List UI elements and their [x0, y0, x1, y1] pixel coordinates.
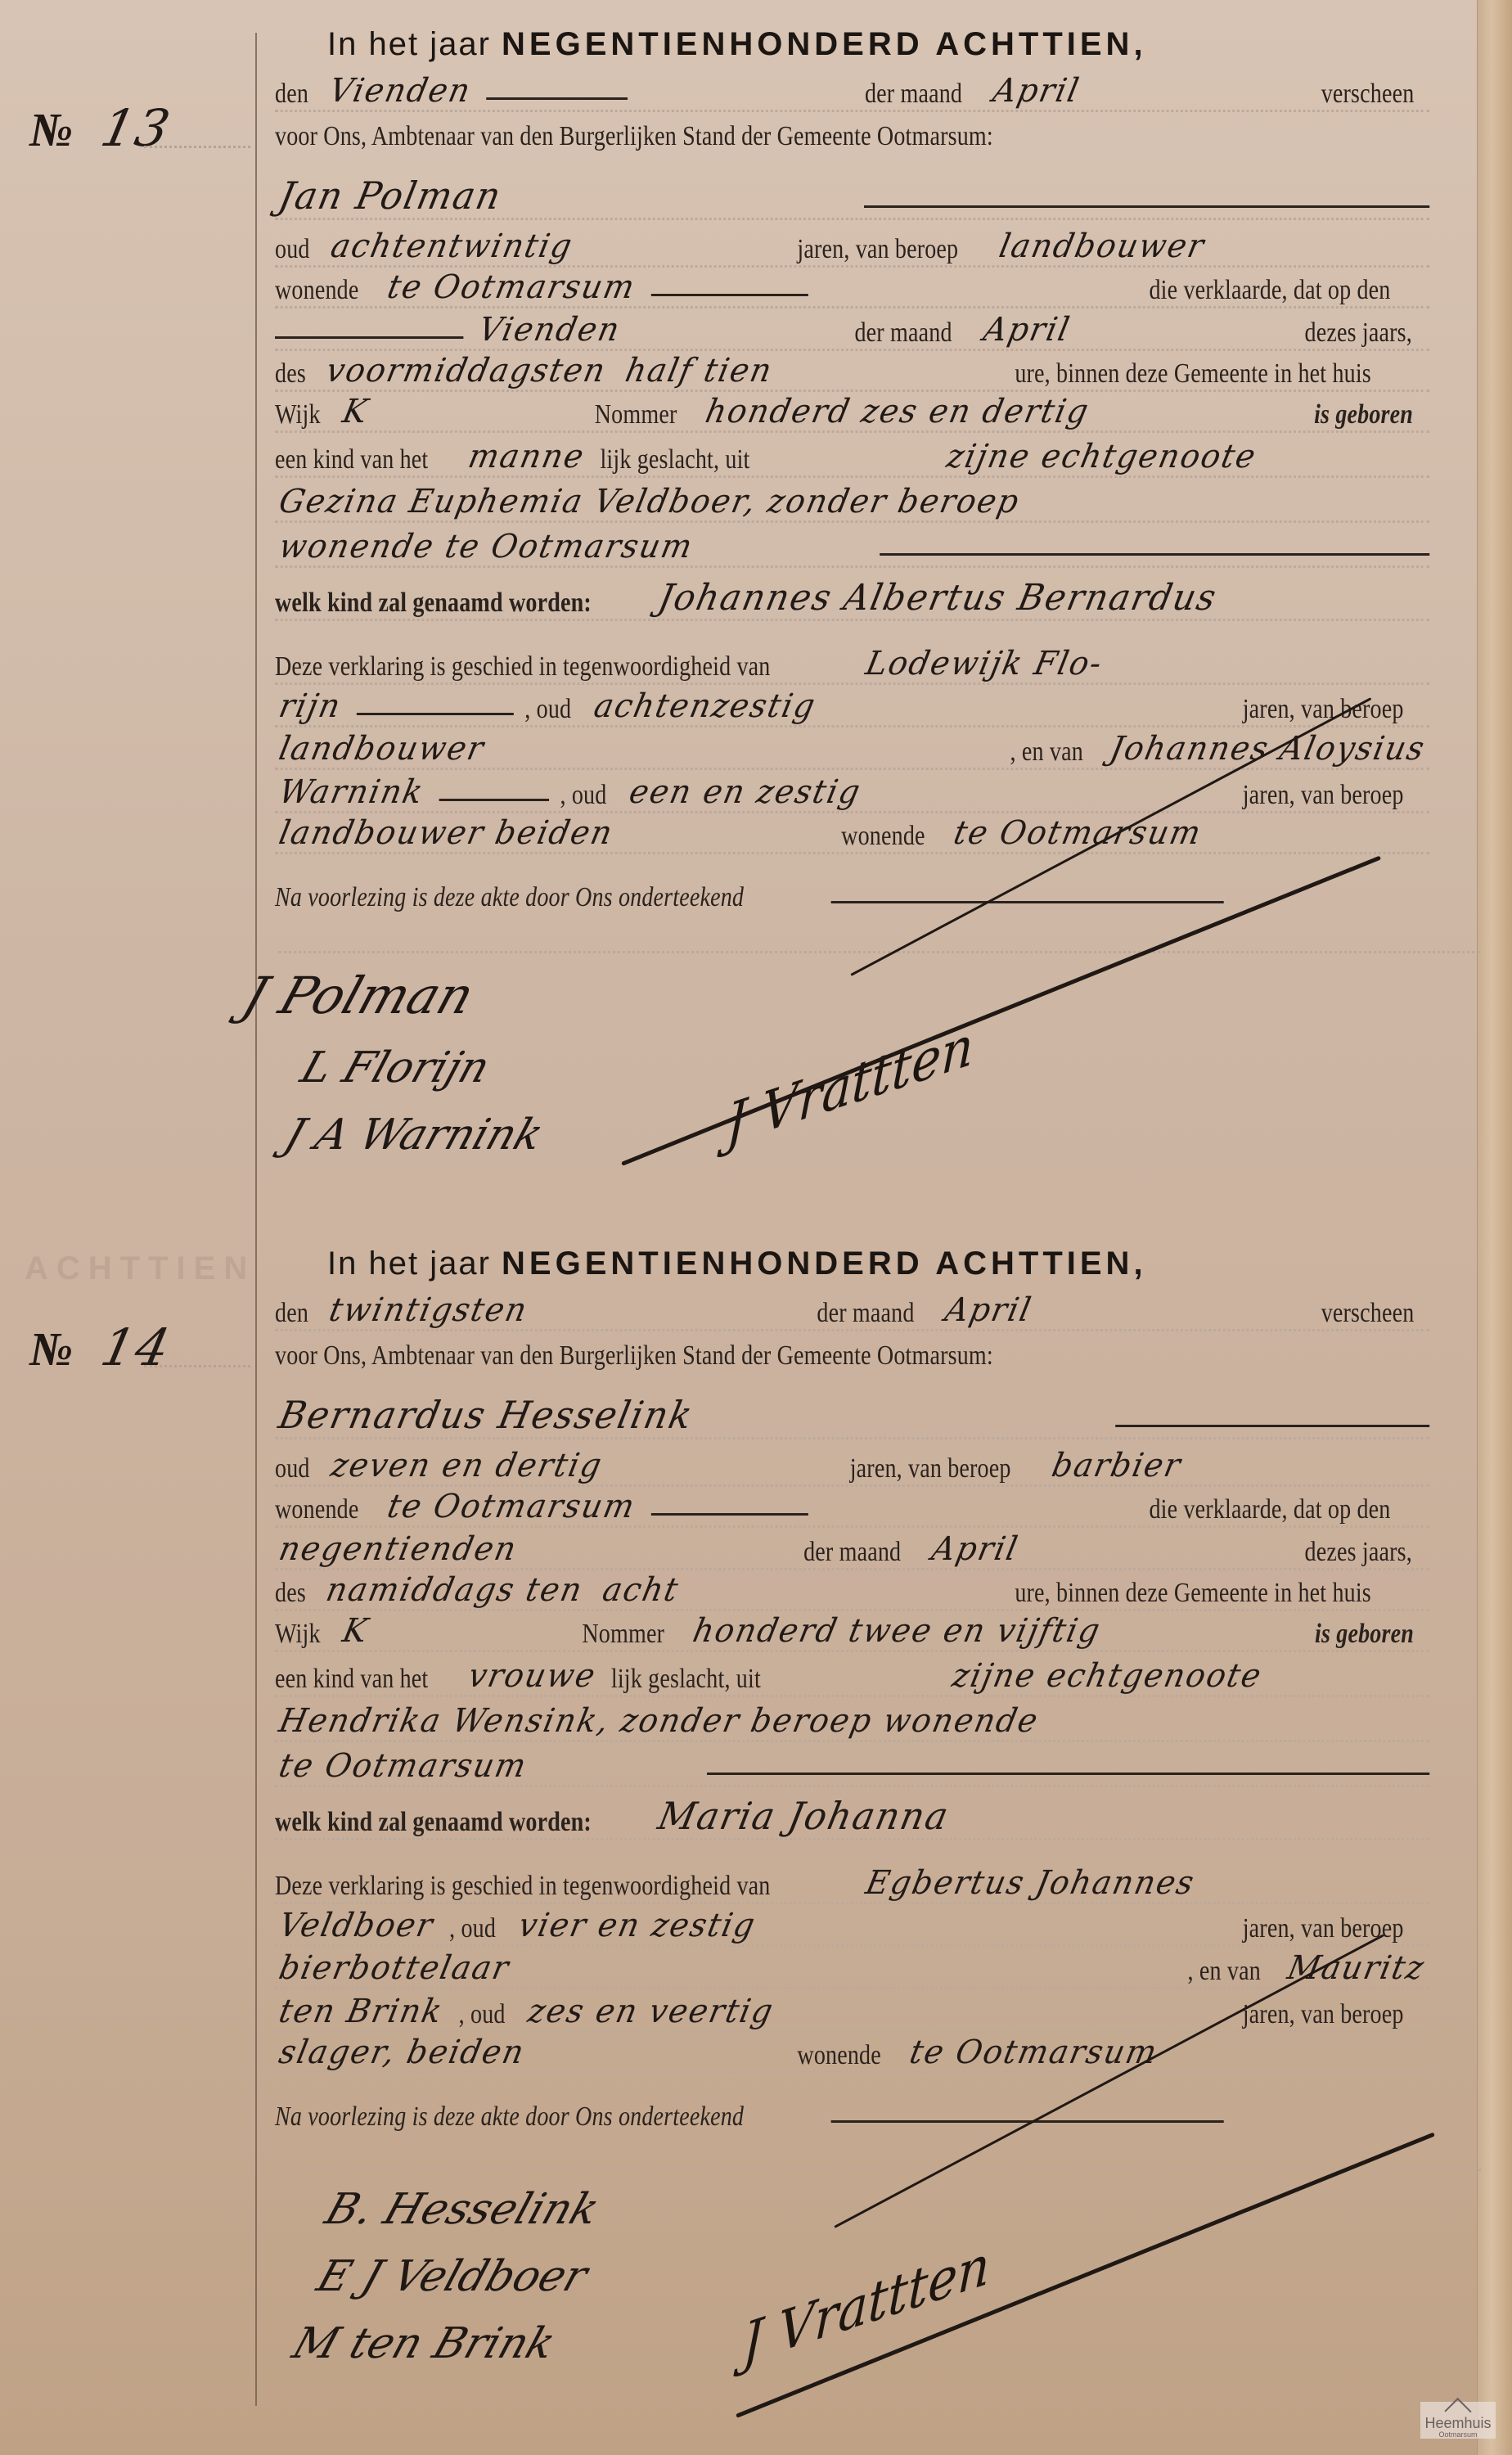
line-closing: Na voorlezing is deze akte door Ons onde…: [275, 2087, 1429, 2133]
numero-symbol: №: [29, 1322, 73, 1376]
heemhuis-watermark: Heemhuis Ootmarsum: [1420, 2402, 1496, 2439]
mother-name: Gezina Euphemia Veldboer, zonder beroep: [271, 483, 1028, 520]
line-mother-residence: wonende te Ootmarsum: [275, 520, 1429, 568]
month: April: [938, 1291, 1041, 1329]
line-child-name: welk kind zal genaamd worden:Maria Johan…: [275, 1792, 1429, 1840]
mother-name: Hendrika Wensink, zonder beroep wonende: [271, 1702, 1046, 1740]
signature-flourish: [736, 2133, 1435, 2418]
line-declarant: Jan Polman: [275, 172, 1429, 220]
line-date: dentwintigsten der maandApril verscheen: [275, 1283, 1429, 1331]
line-mother: Hendrika Wensink, zonder beroep wonende: [275, 1694, 1429, 1742]
child-name: Johannes Albertus Bernardus: [650, 577, 1225, 619]
month: April: [985, 72, 1088, 110]
margin-rule: [255, 33, 257, 2406]
bleed-through-text: ACHTTIEN: [25, 1250, 255, 1287]
line-witness2-occupation: slager, beiden wonendete Ootmarsum: [275, 2025, 1429, 2074]
line-witness1: Veldboer, oudvier en zestig jaren, van b…: [275, 1899, 1429, 1947]
line-declarant-residence: wonendete Ootmarsum die verklaarde, dat …: [275, 260, 1429, 309]
line-witness2-occupation: landbouwer beiden wonendete Ootmarsum: [275, 806, 1429, 854]
day: twintigsten: [321, 1291, 535, 1329]
page-edge: [1477, 0, 1512, 2455]
day: Vienden: [321, 72, 479, 110]
line-mother: Gezina Euphemia Veldboer, zonder beroep: [275, 475, 1429, 523]
numero-symbol: №: [29, 102, 73, 157]
line-child-sex: een kind van hetmannelijk geslacht, uit …: [275, 430, 1429, 478]
signatures: J Polman L Florijn J A Warnink: [278, 966, 541, 1178]
line-child-name: welk kind zal genaamd worden:Johannes Al…: [275, 573, 1429, 621]
record-number: № 13: [29, 98, 175, 158]
line-witness1-occupation: landbouwer , en vanJohannes Aloysius: [275, 722, 1429, 770]
line-mother-residence: te Ootmarsum: [275, 1739, 1429, 1787]
line-declarant-residence: wonendete Ootmarsum die verklaarde, dat …: [275, 1480, 1429, 1528]
record-heading: In het jaar NEGENTIENHONDERD ACHTTIEN,: [327, 26, 1147, 63]
line-witness1: rijn, oudachtenzestig jaren, van beroep: [275, 679, 1429, 727]
line-house: WijkK Nommerhonderd twee en vijftig is g…: [275, 1604, 1429, 1652]
line-child-sex: een kind van hetvrouwelijk geslacht, uit…: [275, 1649, 1429, 1697]
line-witness1-occupation: bierbottelaar , en vanMauritz: [275, 1941, 1429, 1989]
line-official: voor Ons, Ambtenaar van den Burgerlijken…: [275, 106, 1429, 152]
signature-witness-2: J A Warnink: [278, 1110, 549, 1160]
line-witness-intro: Deze verklaring is geschied in tegenwoor…: [275, 637, 1429, 685]
signature-declarant: J Polman: [236, 966, 551, 1025]
record-number: № 14: [29, 1318, 175, 1377]
line-declarant: Bernardus Hesselink: [275, 1391, 1429, 1439]
declarant-name: Jan Polman: [270, 173, 511, 218]
record-heading: In het jaar NEGENTIENHONDERD ACHTTIEN,: [327, 1246, 1147, 1282]
line-official: voor Ons, Ambtenaar van den Burgerlijken…: [275, 1326, 1429, 1372]
signature-officiant: J Vrattten: [741, 2233, 990, 2378]
signature-witness-2: M ten Brink: [286, 2319, 605, 2368]
signatures: B. Hesselink E J Veldboer M ten Brink: [278, 2185, 597, 2386]
signature-witness-1: E J Veldboer: [311, 2252, 605, 2301]
signature-witness-1: L Florijn: [295, 1043, 549, 1092]
record-number-value: 13: [91, 98, 181, 158]
child-name: Maria Johanna: [650, 1794, 958, 1838]
record-number-value: 14: [91, 1318, 181, 1377]
signature-declarant: B. Hesselink: [319, 2185, 605, 2234]
declarant-name: Bernardus Hesselink: [270, 1393, 702, 1437]
line-witness-intro: Deze verklaring is geschied in tegenwoor…: [275, 1856, 1429, 1904]
line-date: denVienden der maandApril verscheen: [275, 64, 1429, 112]
line-house: WijkK Nommerhonderd zes en dertig is geb…: [275, 385, 1429, 433]
